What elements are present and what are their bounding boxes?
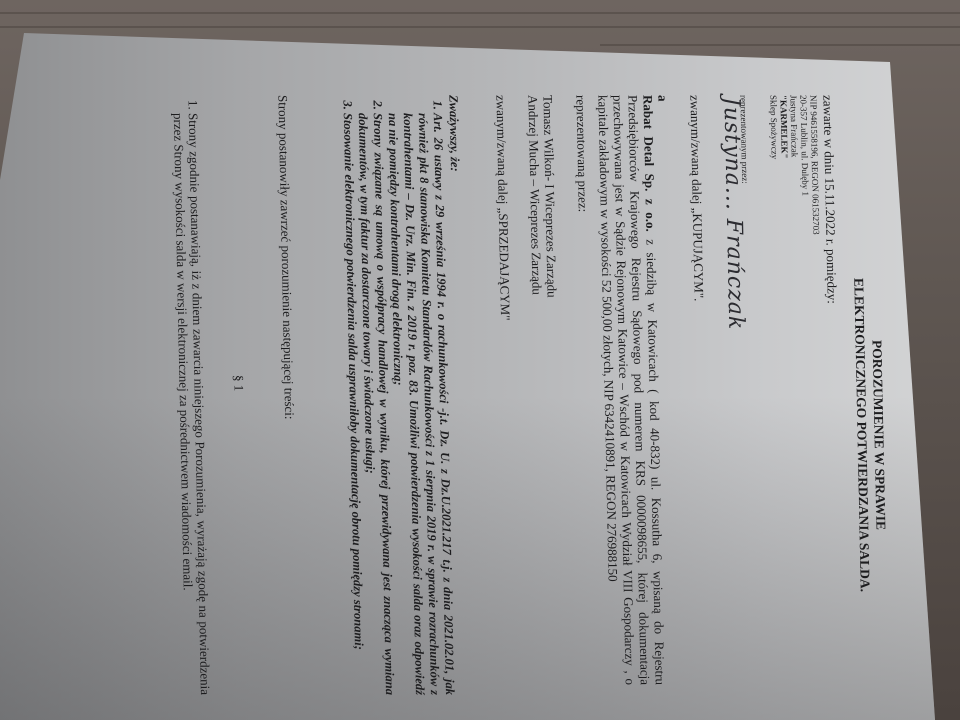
buyer-alias-text: zwanym/zwaną dalej „KUPUJĄCYM". <box>687 95 706 301</box>
wood-grain <box>0 26 960 28</box>
seller-reps: Tomasz Wilkoń- I Wiceprezes Zarządu Andr… <box>525 95 559 298</box>
buyer-stamp: NIP 9461558196, REGON 061532703 20-357 L… <box>768 95 821 255</box>
connector-a: a <box>655 95 670 102</box>
buyer-ids: NIP 9461558196, REGON 061532703 <box>808 95 821 255</box>
agreement-document: POROZUMIENIE W SPRAWIE ELEKTRONICZNEGO P… <box>100 75 893 715</box>
whereas-heading: Zważywszy, że: <box>445 95 462 172</box>
section-mark: § 1 <box>231 375 246 391</box>
whereas-list: Art. 26 ustawy z 29 września 1994 r. o r… <box>339 95 457 695</box>
seller-alias: zwanym/zwaną dalej „SPRZEDAJĄCYM" <box>493 95 513 321</box>
intro-line: zawarte w dniu 15.11.2022 r. pomiędzy: <box>820 95 839 304</box>
clause-1: Strony zgodnie postanawiają, iż z dniem … <box>171 113 213 695</box>
clauses-list: Strony zgodnie postanawiają, iż z dniem … <box>170 95 213 695</box>
seller-description: Rabat Detal Sp. z o.o. z siedzibą w Kato… <box>595 95 667 685</box>
buyer-alias: zwanym/zwaną dalej „KUPUJĄCYM". <box>687 95 706 301</box>
whereas-item-1: Art. 26 ustawy z 29 września 1994 r. o r… <box>385 113 457 695</box>
buyer-signature: Justyna... Frańczak <box>723 97 743 330</box>
wood-grain <box>0 12 960 14</box>
seller-represented-by: reprezentowaną przez: <box>573 95 590 212</box>
seller-company: Rabat Detal Sp. z o.o. <box>640 95 658 232</box>
decision-line: Strony postanowiły zawrzeć porozumienie … <box>275 95 297 420</box>
wood-grain <box>600 44 960 46</box>
seller-alias-text: zwanym/zwaną dalej „SPRZEDAJĄCYM" <box>493 95 513 321</box>
